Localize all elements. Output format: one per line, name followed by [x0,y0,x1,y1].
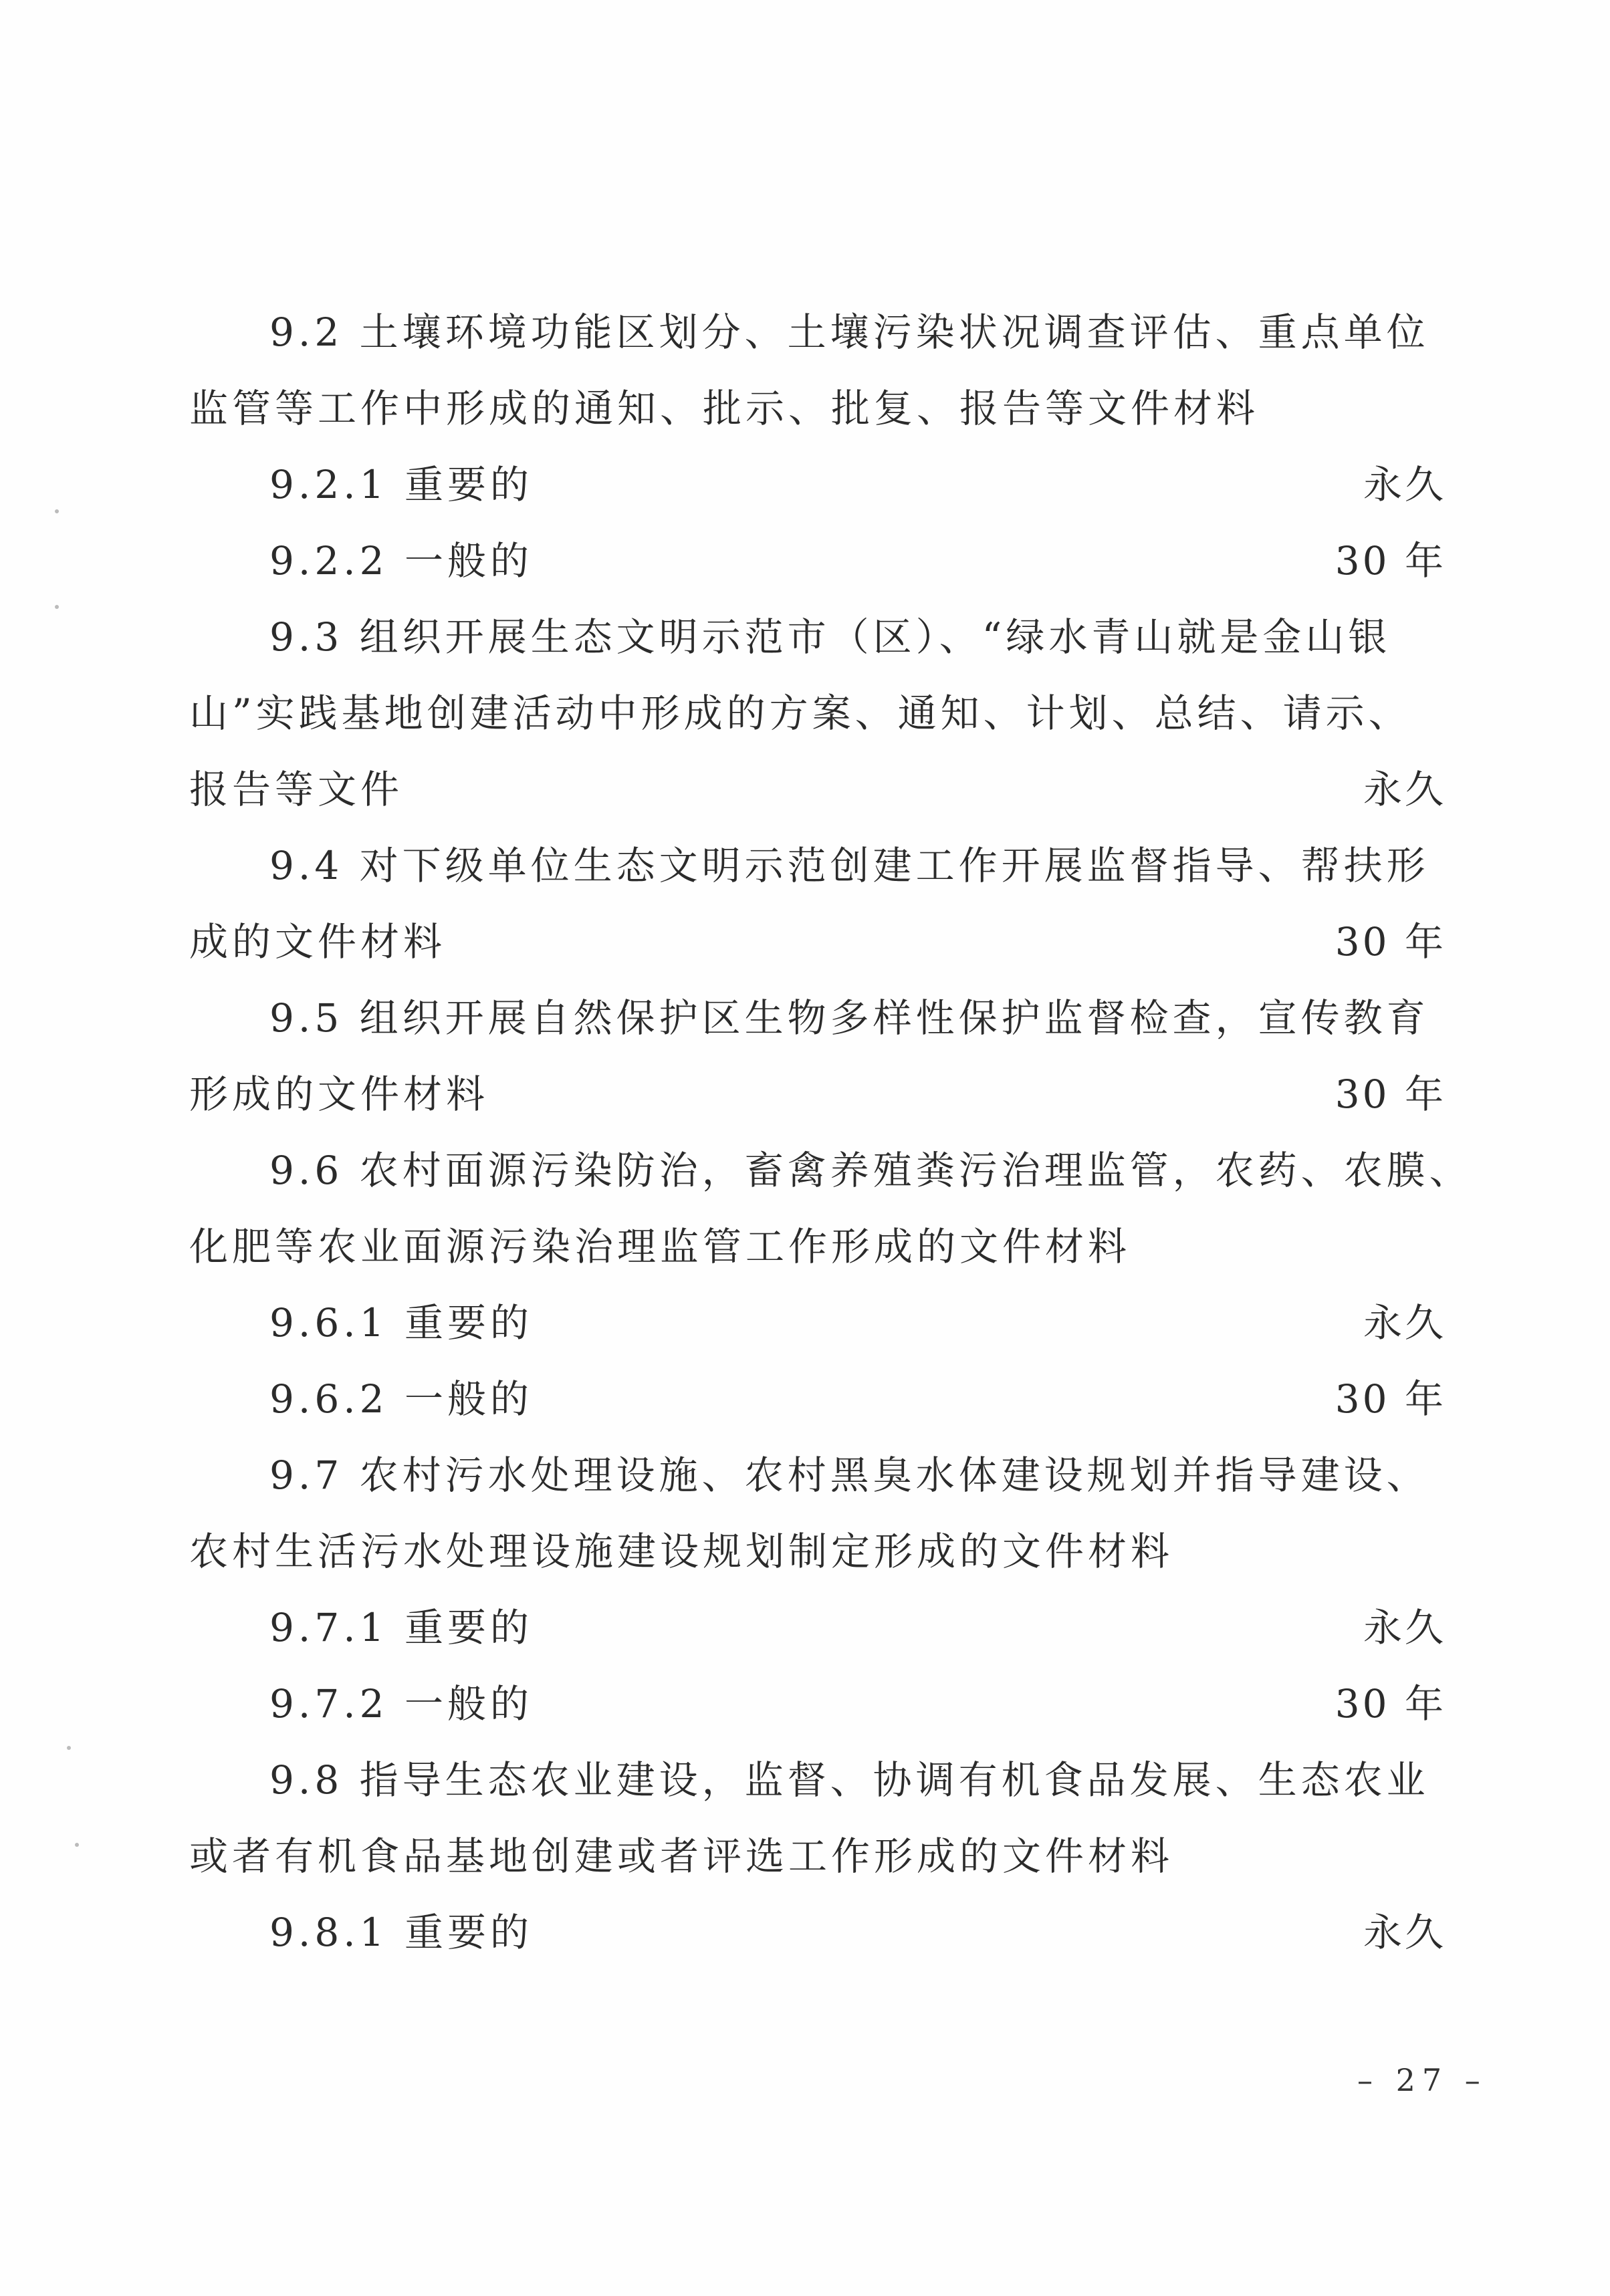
line-text: 成的文件材料 [189,904,446,980]
document-line: 9.4 对下级单位生态文明示范创建工作开展监督指导、帮扶形 [189,827,1446,904]
scan-speck [55,605,59,609]
document-line: 9.2.2 一般的30 年 [189,523,1446,599]
document-line: 9.7 农村污水处理设施、农村黑臭水体建设规划并指导建设、 [189,1437,1446,1513]
line-text: 9.7.1 重要的 [269,1589,533,1666]
line-text: 山”实践基地创建活动中形成的方案、通知、计划、总结、请示、 [189,675,1411,751]
line-text: 9.2.1 重要的 [269,447,533,523]
document-line: 山”实践基地创建活动中形成的方案、通知、计划、总结、请示、 [189,675,1446,751]
document-line: 9.7.1 重要的永久 [189,1589,1446,1666]
line-text: 9.7.2 一般的 [269,1666,533,1742]
document-body: 9.2 土壤环境功能区划分、土壤污染状况调查评估、重点单位监管等工作中形成的通知… [189,294,1446,1970]
document-line: 报告等文件永久 [189,751,1446,827]
line-text: 化肥等农业面源污染治理监管工作形成的文件材料 [189,1208,1131,1285]
retention-period: 30 年 [1335,904,1446,980]
retention-period: 永久 [1363,1285,1446,1361]
retention-period: 永久 [1363,447,1446,523]
document-line: 化肥等农业面源污染治理监管工作形成的文件材料 [189,1208,1446,1285]
document-line: 监管等工作中形成的通知、批示、批复、报告等文件材料 [189,370,1446,447]
retention-period: 30 年 [1335,1361,1446,1437]
line-text: 9.6.1 重要的 [269,1285,533,1361]
retention-period: 30 年 [1335,1666,1446,1742]
document-line: 或者有机食品基地创建或者评选工作形成的文件材料 [189,1818,1446,1894]
line-text: 9.6.2 一般的 [269,1361,533,1437]
document-line: 9.3 组织开展生态文明示范市（区）、“绿水青山就是金山银 [189,599,1446,675]
scan-speck [67,1746,71,1750]
document-page: 9.2 土壤环境功能区划分、土壤污染状况调查评估、重点单位监管等工作中形成的通知… [0,0,1610,2296]
line-text: 9.2 土壤环境功能区划分、土壤污染状况调查评估、重点单位 [269,294,1429,370]
line-text: 9.8.1 重要的 [269,1894,533,1970]
document-line: 9.2.1 重要的永久 [189,447,1446,523]
retention-period: 永久 [1363,1589,1446,1666]
line-text: 报告等文件 [189,751,403,827]
scan-speck [55,509,59,513]
document-line: 农村生活污水处理设施建设规划制定形成的文件材料 [189,1513,1446,1589]
line-text: 监管等工作中形成的通知、批示、批复、报告等文件材料 [189,370,1259,447]
document-line: 9.6 农村面源污染防治，畜禽养殖粪污治理监管，农药、农膜、 [189,1132,1446,1208]
line-text: 9.4 对下级单位生态文明示范创建工作开展监督指导、帮扶形 [269,827,1429,904]
line-text: 9.8 指导生态农业建设，监督、协调有机食品发展、生态农业 [269,1742,1429,1818]
document-line: 9.6.1 重要的永久 [189,1285,1446,1361]
document-line: 9.8 指导生态农业建设，监督、协调有机食品发展、生态农业 [189,1742,1446,1818]
line-text: 或者有机食品基地创建或者评选工作形成的文件材料 [189,1818,1173,1894]
line-text: 形成的文件材料 [189,1056,489,1132]
document-line: 9.5 组织开展自然保护区生物多样性保护监督检查，宣传教育 [189,980,1446,1056]
document-line: 形成的文件材料30 年 [189,1056,1446,1132]
page-number: – 27 – [1357,2062,1487,2098]
retention-period: 永久 [1363,1894,1446,1970]
line-text: 农村生活污水处理设施建设规划制定形成的文件材料 [189,1513,1173,1589]
retention-period: 永久 [1363,751,1446,827]
line-text: 9.6 农村面源污染防治，畜禽养殖粪污治理监管，农药、农膜、 [269,1132,1472,1208]
line-text: 9.2.2 一般的 [269,523,533,599]
line-text: 9.3 组织开展生态文明示范市（区）、“绿水青山就是金山银 [269,599,1391,675]
document-line: 9.8.1 重要的永久 [189,1894,1446,1970]
document-line: 9.6.2 一般的30 年 [189,1361,1446,1437]
document-line: 成的文件材料30 年 [189,904,1446,980]
retention-period: 30 年 [1335,1056,1446,1132]
document-line: 9.7.2 一般的30 年 [189,1666,1446,1742]
line-text: 9.7 农村污水处理设施、农村黑臭水体建设规划并指导建设、 [269,1437,1429,1513]
document-line: 9.2 土壤环境功能区划分、土壤污染状况调查评估、重点单位 [189,294,1446,370]
line-text: 9.5 组织开展自然保护区生物多样性保护监督检查，宣传教育 [269,980,1429,1056]
retention-period: 30 年 [1335,523,1446,599]
scan-speck [75,1843,79,1847]
